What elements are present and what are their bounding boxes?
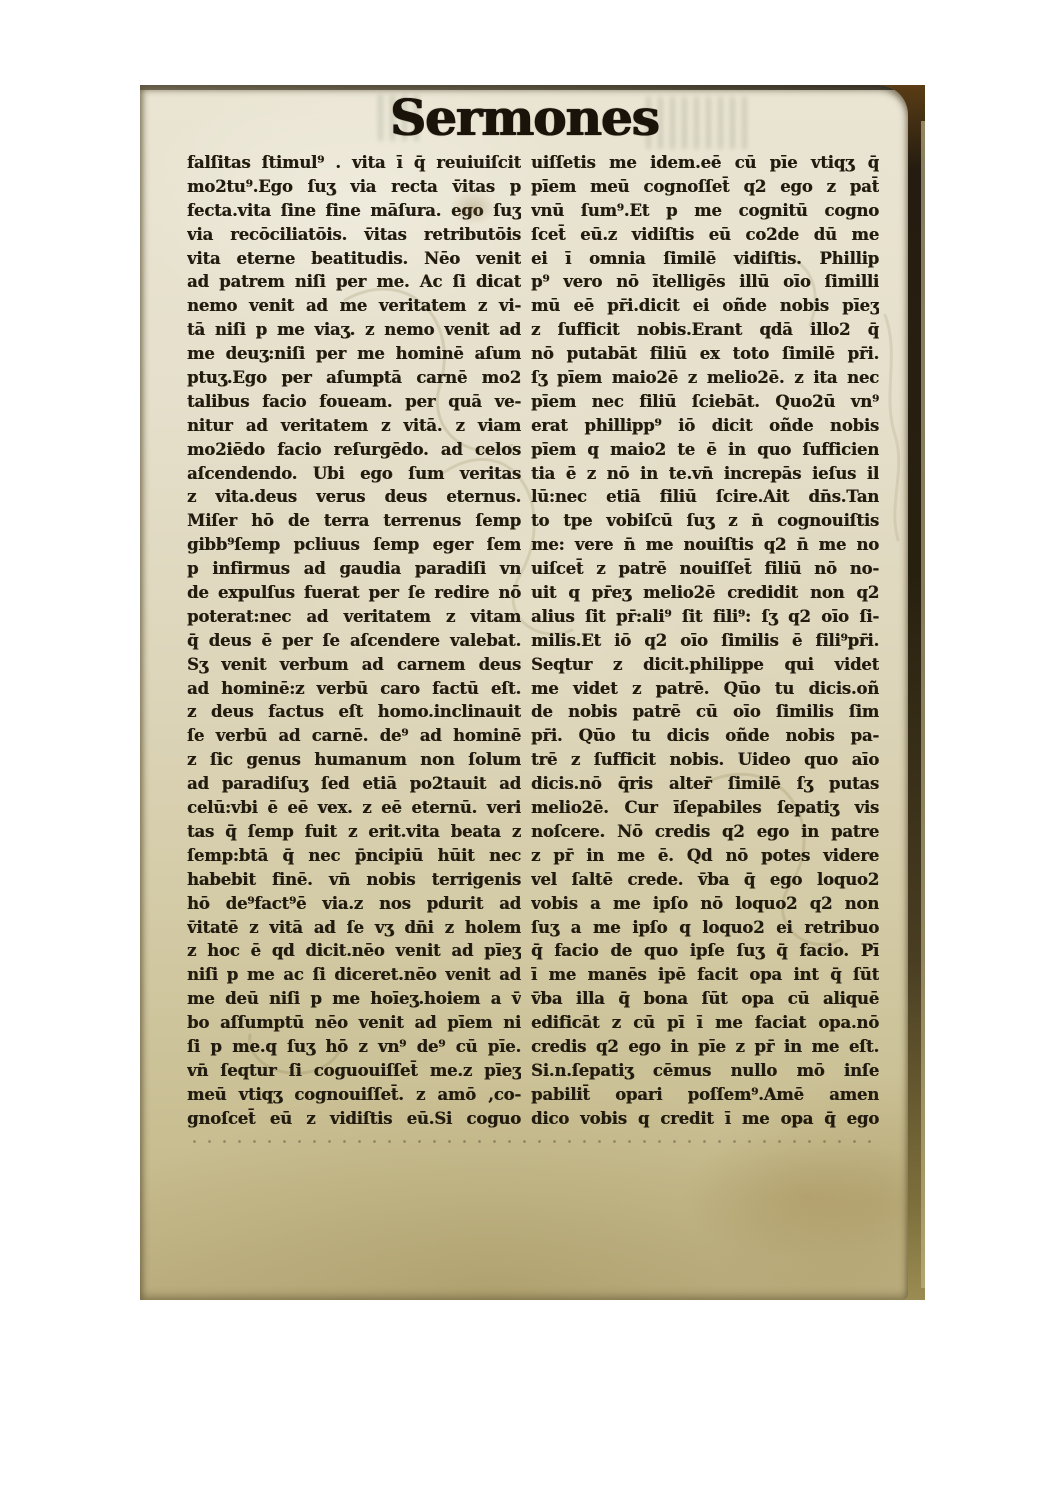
text-line: Miſer hō de terra terrenus ſemp [187, 509, 521, 533]
text-line: ptuʒ.Ego per aſumptā carnē mo2 [187, 366, 521, 390]
text-line: dico vobis q credit ī me opa q̄ ego [531, 1107, 879, 1131]
text-line: gnoſcet̄ eū z vidiſtis eū.Si coguo [187, 1107, 521, 1131]
text-line: vn̄ ſeqtur ſi coguouiſſet̄ me.z pīeʒ [187, 1059, 521, 1083]
text-line: via recōciliatōis. v̄itas retributōis [187, 223, 521, 247]
text-line: melio2ē. Cur īſepabiles ſepatiʒ vis [531, 796, 879, 820]
paper-stain [676, 1131, 908, 1261]
text-line: pīem nec filiū ſciebāt. Quo2ū vn⁹ [531, 390, 879, 414]
text-line: de nobis patrē cū oīo ſimilis ſim [531, 700, 879, 724]
text-line: ī me manēs ipē facit opa int q̄ ſūt [531, 963, 879, 987]
text-line: poterat:nec ad veritatem z vitam [187, 605, 521, 629]
text-line: meū vtiqʒ cognouiſſet̄. z amō ,co- [187, 1083, 521, 1107]
text-line: Sʒ venit verbum ad carnem deus [187, 653, 521, 677]
paper-stain-small [450, 189, 496, 225]
text-line: Seqtur z dicit.philippe qui videt [531, 653, 879, 677]
text-line: gibb⁹ſemp pcliuus ſemp eger ſem [187, 533, 521, 557]
text-line: ei ī omnia ſimilē vidiſtis. Phillip [531, 247, 879, 271]
text-line: celū:vbi ē eē vex. z eē eternū. veri [187, 796, 521, 820]
text-line: niſi p me ac ſi diceret.nēo venit ad [187, 963, 521, 987]
text-line: vnū ſum⁹.Et p me cognitū cogno [531, 199, 879, 223]
text-line: me videt z patrē. Qūo tu dicis.oñ [531, 677, 879, 701]
text-line: bo aſſumptū nēo venit ad pīem ni [187, 1011, 521, 1035]
text-line: milis.Et iō q2 oīo ſimilis ē fili⁹pr̄i. [531, 629, 879, 653]
page-title: Sermones [140, 88, 908, 147]
text-line: pr̄i. Qūo tu dicis oñde nobis pa- [531, 724, 879, 748]
text-line: uiſcet̄ z patrē nouiſſet̄ filiū nō no- [531, 557, 879, 581]
text-line: pabilit̄ opari poſſem⁹.Amē amen [531, 1083, 879, 1107]
text-line: erat phillipp⁹ iō dicit oñde nobis [531, 414, 879, 438]
text-line: lū:nec etiā filiū ſcire.Ait dn̄s.Tan [531, 485, 879, 509]
text-line: ſemp:btā q̄ nec p̄ncipiū hūit nec [187, 844, 521, 868]
text-line: z ſic genus humanum non ſolum [187, 748, 521, 772]
text-line: me deuʒ:niſi per me hominē aſum [187, 342, 521, 366]
text-line: p⁹ vero nō ītelligēs illū oīo ſimilli [531, 270, 879, 294]
text-line: ſcet̄ eū.z vidiſtis eū co2de dū me [531, 223, 879, 247]
text-line: z pr̄ in me ē. Qd nō potes videre [531, 844, 879, 868]
text-line: ſuʒ a me ipſo q loquo2 ei retribuo [531, 916, 879, 940]
text-line: ad patrem niſi per me. Ac ſi dicat [187, 270, 521, 294]
text-column-right: uiſſetis me idem.eē cū pīe vtiqʒ q̄pīem … [531, 151, 879, 1131]
book-page-scan: Sermones falſitas ſtimul⁹ . vita ī q̄ re… [140, 85, 908, 1300]
text-line: ad hominē:z verbū caro factū eſt. [187, 677, 521, 701]
text-line: alius ſit pr̄:ali⁹ ſit fili⁹: ſʒ q2 oīo … [531, 605, 879, 629]
text-line: pīem meū cognoſſet̄ q2 ego z pat̄ [531, 175, 879, 199]
text-line: z ſufficit nobis.Erant qdā illo2 q̄ [531, 318, 879, 342]
text-line: z hoc ē qd dicit.nēo venit ad pīeʒ [187, 939, 521, 963]
text-line: z deus factus eſt homo.inclinauit [187, 700, 521, 724]
text-line: dicis.nō q̄ris alter̄ ſimilē ſʒ putas [531, 772, 879, 796]
text-line: tā niſi p me viaʒ. z nemo venit ad [187, 318, 521, 342]
scanned-book-photo: Sermones falſitas ſtimul⁹ . vita ī q̄ re… [0, 0, 1060, 1500]
text-line: falſitas ſtimul⁹ . vita ī q̄ reuiuiſcit [187, 151, 521, 175]
text-line: me: vere n̄ me nouiſtis q2 n̄ me no [531, 533, 879, 557]
text-line: to tpe vobiſcū ſuʒ z n̄ cognouiſtis [531, 509, 879, 533]
text-line: z vita.deus verus deus eternus. [187, 485, 521, 509]
text-line: v̄itatē z vitā ad ſe vʒ dn̄i z holem [187, 916, 521, 940]
text-line: ſe verbū ad carnē. de⁹ ad hominē [187, 724, 521, 748]
text-line: habebit finē. vn̄ nobis terrigenis [187, 868, 521, 892]
text-line: mū eē pr̄i.dicit ei oñde nobis pīeʒ [531, 294, 879, 318]
text-line: noſcere. Nō credis q2 ego in patre [531, 820, 879, 844]
text-line: trē z ſufficit nobis. Uideo quo aīo [531, 748, 879, 772]
text-line: tas q̄ ſemp fuit z erit.vita beata z [187, 820, 521, 844]
text-line: pīem q maio2 te ē in quo ſufficien [531, 438, 879, 462]
text-line: vel ſaltē crede. v̄ba q̄ ego loquo2 [531, 868, 879, 892]
text-line: talibus facio foueam. per quā ve- [187, 390, 521, 414]
text-line: hō de⁹fact⁹ē via.z nos pdurit ad [187, 892, 521, 916]
text-line: tia ē z nō in te.vn̄ increpās ieſus il [531, 462, 879, 486]
text-line: de expulſus fuerat per ſe redire nō [187, 581, 521, 605]
text-line: ad paradiſuʒ ſed etiā po2tauit ad [187, 772, 521, 796]
text-line: nō putabāt filiū ex toto ſimilē pr̄i. [531, 342, 879, 366]
text-line: v̄ba illa q̄ bona ſūt opa cū aliquē [531, 987, 879, 1011]
text-line: uiſſetis me idem.eē cū pīe vtiqʒ q̄ [531, 151, 879, 175]
text-line: vita eterne beatitudis. Nēo venit [187, 247, 521, 271]
text-line: aſcendendo. Ubi ego ſum veritas [187, 462, 521, 486]
text-line: edificāt z cū pī ī me faciat opa.nō [531, 1011, 879, 1035]
text-line: Si.n.ſepatiʒ cēmus nullo mō inſe [531, 1059, 879, 1083]
text-line: uit q pr̄eʒ melio2ē credidit non q2 [531, 581, 879, 605]
text-line: nitur ad veritatem z vitā. z viam [187, 414, 521, 438]
text-line: nemo venit ad me veritatem z vi- [187, 294, 521, 318]
text-column-left: falſitas ſtimul⁹ . vita ī q̄ reuiuiſcitm… [187, 151, 521, 1131]
text-line: ſʒ pīem maio2ē z melio2ē. z ita nec [531, 366, 879, 390]
text-line: credis q2 ego in pīe z pr̄ in me eſt. [531, 1035, 879, 1059]
text-line: q̄ deus ē per ſe aſcendere valebat. [187, 629, 521, 653]
text-line: ſi p me.q ſuʒ hō z vn⁹ de⁹ cū pīe. [187, 1035, 521, 1059]
text-line: me deū niſi p me hoīeʒ.hoiem a v̄ [187, 987, 521, 1011]
text-line: mo2iēdo facio reſurgēdo. ad celos [187, 438, 521, 462]
text-line: p infirmus ad gaudia paradiſi vn [187, 557, 521, 581]
text-line: vobis a me ipſo nō loquo2 q2 non [531, 892, 879, 916]
text-line: q̄ facio de quo ipſe ſuʒ q̄ facio. Pī [531, 939, 879, 963]
